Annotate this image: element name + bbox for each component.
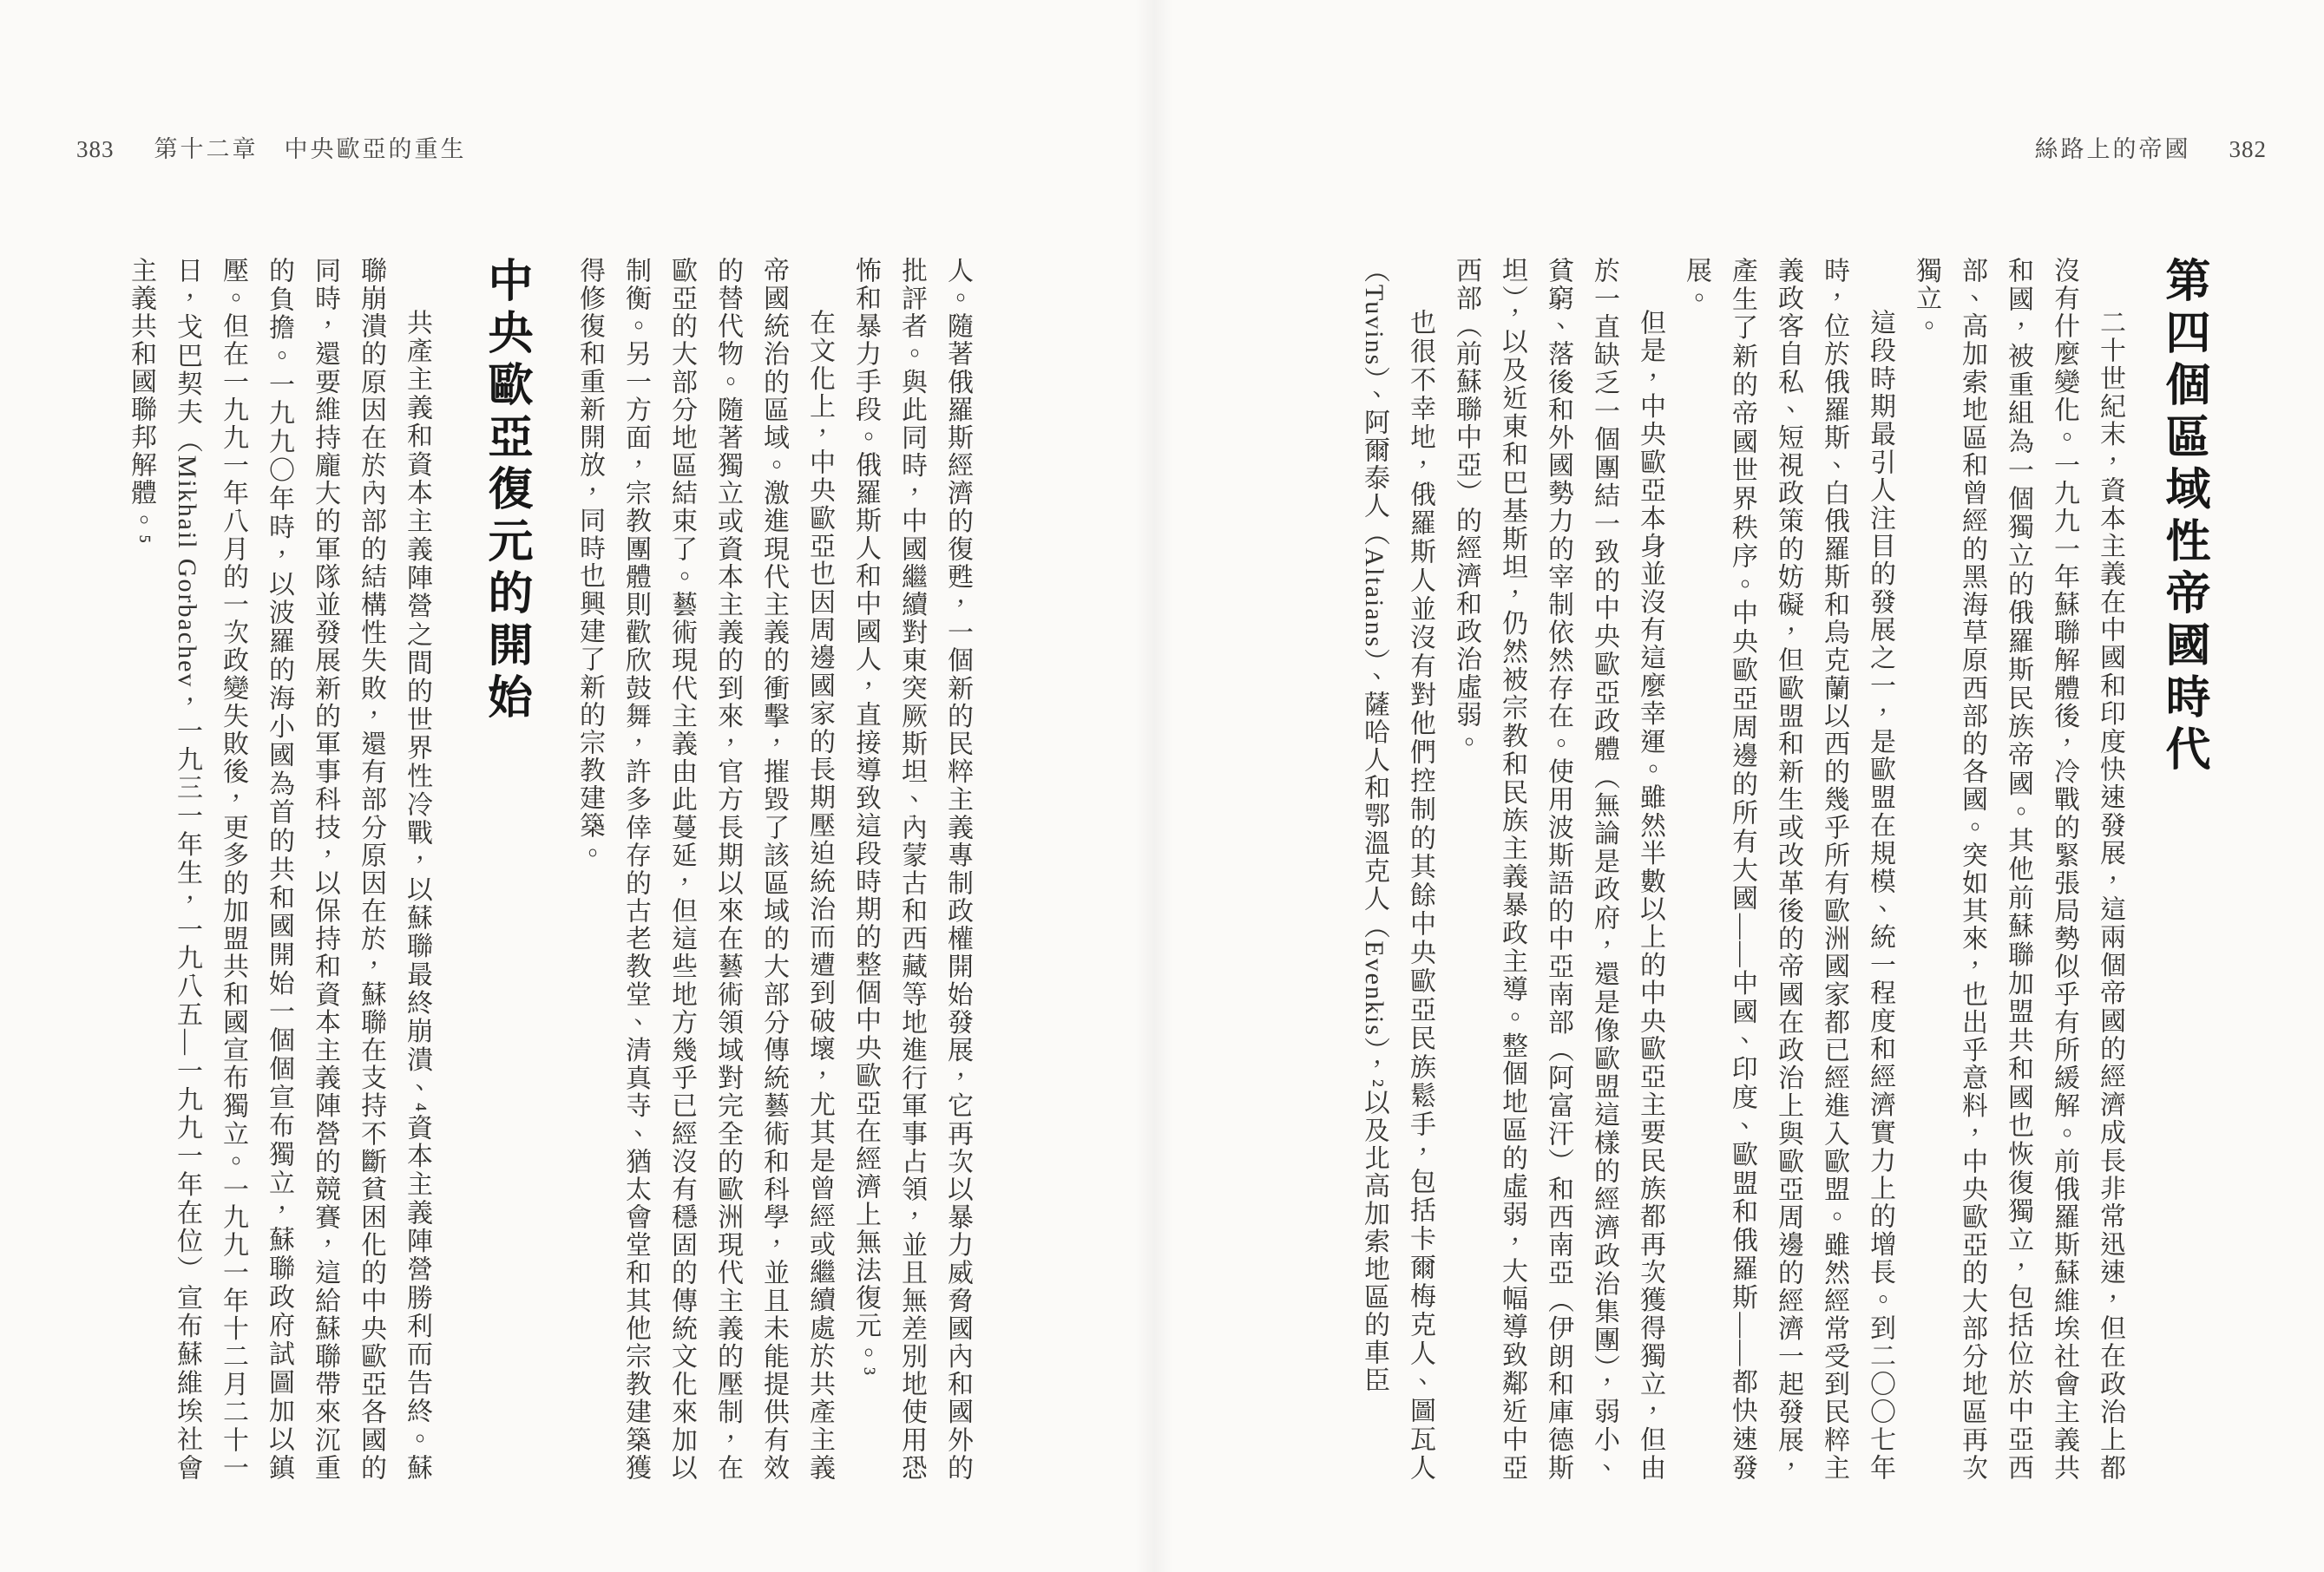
paragraph-russia: 也很不幸地，俄羅斯人並沒有對他們控制的其餘中央歐亞民族鬆手，包括卡爾梅克人、圖瓦… (1351, 257, 1443, 1482)
paragraph-culture: 在文化上，中央歐亞也因周邊國家的長期壓迫統治而遭到破壞，尤其是曾經或繼續處於共產… (567, 257, 843, 1482)
chapter-label: 第十二章 (154, 136, 259, 162)
chapter-title: 中央歐亞的重生 (285, 136, 467, 162)
left-page-body: 人。隨著俄羅斯經濟的復甦，一個新的民粹主義專制政權開始發展，它再次以暴力威脅國內… (94, 257, 981, 1482)
section-heading-recovery: 中央歐亞復元的開始 (478, 257, 532, 1482)
running-head-left: 383第十二章中央歐亞的重生 (76, 130, 467, 164)
page-number-right: 382 (2229, 136, 2268, 162)
paragraph-centraleurasia: 但是，中央歐亞本身並沒有這麼幸運。雖然半數以上的中央歐亞主要民族都再次獲得獨立，… (1443, 257, 1673, 1482)
page-gutter (1135, 0, 1173, 1572)
running-head-right: 絲路上的帝國382 (2035, 130, 2268, 164)
right-page-body: 第四個區域性帝國時代 二十世紀末，資本主義在中國和印度快速發展，這兩個帝國的經濟… (1302, 257, 2209, 1482)
page-number-left: 383 (76, 136, 115, 162)
paragraph-coldwar: 共產主義和資本主義陣營之間的世界性冷戰，以蘇聯最終崩潰、⁴資本主義陣營勝利而告終… (118, 257, 440, 1482)
book-spread: 383第十二章中央歐亞的重生 人。隨著俄羅斯經濟的復甦，一個新的民粹主義專制政權… (0, 0, 2324, 1572)
paragraph-russia-continued: 人。隨著俄羅斯經濟的復甦，一個新的民粹主義專制政權開始發展，它再次以暴力威脅國內… (843, 257, 981, 1482)
section-heading-fourth-empire: 第四個區域性帝國時代 (2156, 257, 2209, 1482)
paragraph-intro: 二十世紀末，資本主義在中國和印度快速發展，這兩個帝國的經濟成長非常迅速，但在政治… (1903, 257, 2133, 1482)
paragraph-eu: 這段時期最引人注目的發展之一，是歐盟在規模、統一程度和經濟實力上的增長。到二〇〇… (1673, 257, 1903, 1482)
book-title: 絲路上的帝國 (2035, 136, 2191, 162)
